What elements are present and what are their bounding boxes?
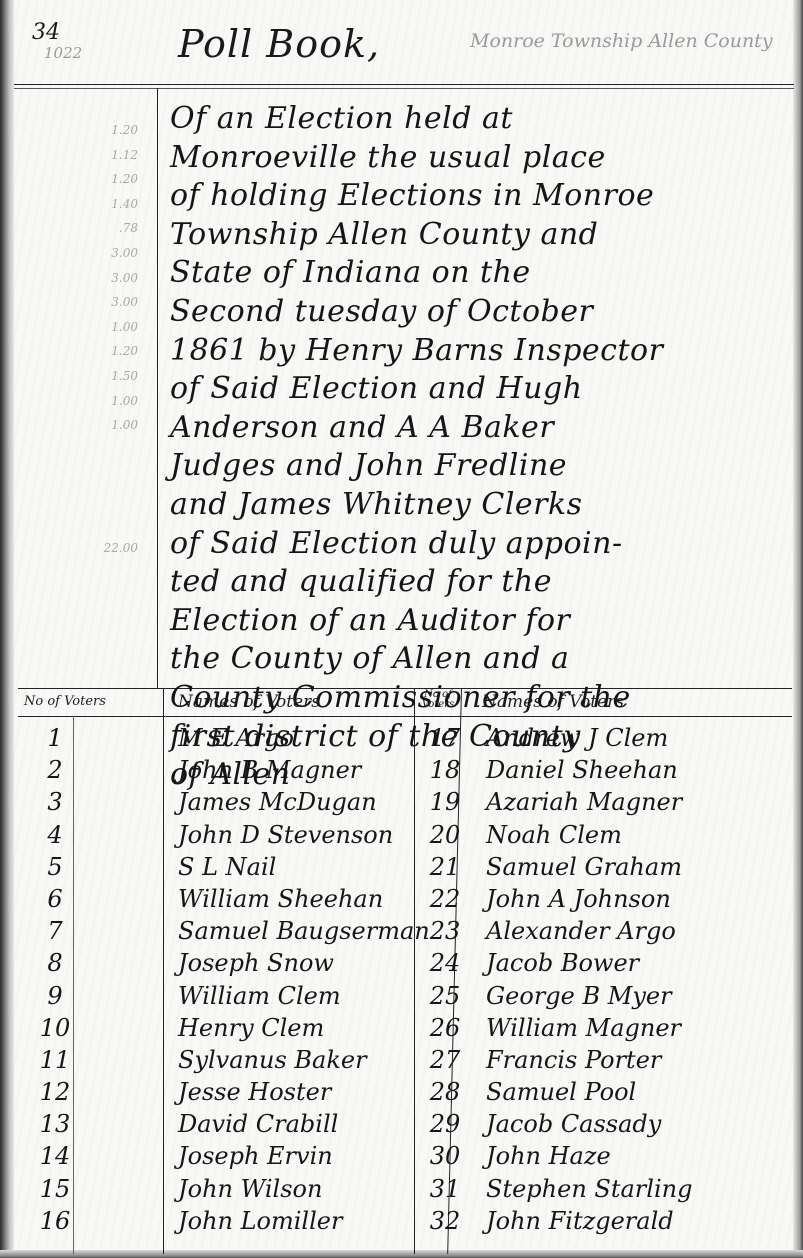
voter-name-right: Samuel Pool <box>486 1076 636 1108</box>
margin-figure: 1.00 <box>28 315 138 340</box>
header-rule-top <box>14 84 794 85</box>
voter-name-right: Noah Clem <box>486 819 622 851</box>
voter-name-right: William Magner <box>486 1012 681 1044</box>
voter-number-left: 11 <box>30 1044 80 1076</box>
margin-figure: 3.00 <box>28 241 138 266</box>
voter-name-left: S L Nail <box>178 851 276 883</box>
preamble-line: Second tuesday of October <box>170 293 790 332</box>
voter-number-left: 7 <box>30 915 80 947</box>
voter-name-right: John Haze <box>486 1140 611 1172</box>
margin-figure: 1.50 <box>28 364 138 389</box>
voter-number-right: 28 <box>425 1076 465 1108</box>
voter-number-left: 10 <box>30 1012 80 1044</box>
margin-figure: 1.00 <box>28 413 138 438</box>
margin-figure: 1.40 <box>28 192 138 217</box>
margin-figure <box>28 512 138 537</box>
voter-name-right: Jacob Cassady <box>486 1108 661 1140</box>
voter-table: 1M E Argo17Andrew J Clem2John B Magner18… <box>0 722 803 1237</box>
voter-number-left: 8 <box>30 947 80 979</box>
voter-number-right: 18 <box>425 754 465 786</box>
table-row: 13David Crabill29Jacob Cassady <box>0 1108 803 1140</box>
preamble-line: the County of Allen and a <box>170 640 790 679</box>
margin-figure: 1.20 <box>28 339 138 364</box>
voter-name-right: Francis Porter <box>486 1044 661 1076</box>
voter-number-left: 3 <box>30 786 80 818</box>
preamble-line: Of an Election held at <box>170 100 790 139</box>
voter-number-right: 23 <box>425 915 465 947</box>
voter-name-left: David Crabill <box>178 1108 338 1140</box>
header-rule-bottom <box>14 88 794 89</box>
voter-name-left: John B Magner <box>178 754 361 786</box>
ledger-page: 34 1022 Monroe Township Allen County Pol… <box>0 0 803 1258</box>
header-no-voters-left: No of Voters <box>24 694 106 709</box>
table-row: 11Sylvanus Baker27Francis Porter <box>0 1044 803 1076</box>
preamble-line: and James Whitney Clerks <box>170 486 790 525</box>
margin-figure: 1.20 <box>28 118 138 143</box>
preamble-line: of Said Election duly appoin- <box>170 525 790 564</box>
voter-name-right: Jacob Bower <box>486 947 639 979</box>
table-row: 8Joseph Snow24Jacob Bower <box>0 947 803 979</box>
header-names-voters-left: Names of Voters <box>178 692 320 712</box>
preamble-line: State of Indiana on the <box>170 254 790 293</box>
voter-number-right: 24 <box>425 947 465 979</box>
voter-name-left: Sylvanus Baker <box>178 1044 367 1076</box>
preamble-line: ted and qualified for the <box>170 563 790 602</box>
table-row: 2John B Magner18Daniel Sheehan <box>0 754 803 786</box>
preamble-line: Monroeville the usual place <box>170 139 790 178</box>
page-title: Poll Book, <box>178 22 380 66</box>
voter-number-left: 9 <box>30 980 80 1012</box>
table-row: 1M E Argo17Andrew J Clem <box>0 722 803 754</box>
margin-figure: 1.00 <box>28 389 138 414</box>
margin-figure: 1.12 <box>28 143 138 168</box>
voter-number-left: 6 <box>30 883 80 915</box>
preamble-line: of Said Election and Hugh <box>170 370 790 409</box>
voter-name-right: Azariah Magner <box>486 786 682 818</box>
voter-number-left: 2 <box>30 754 80 786</box>
voter-name-left: James McDugan <box>178 786 377 818</box>
voter-number-right: 31 <box>425 1173 465 1205</box>
voter-number-right: 27 <box>425 1044 465 1076</box>
table-row: 9William Clem25George B Myer <box>0 980 803 1012</box>
table-row: 7Samuel Baugserman23Alexander Argo <box>0 915 803 947</box>
voter-name-right: Samuel Graham <box>486 851 682 883</box>
voter-name-left: Jesse Hoster <box>178 1076 331 1108</box>
preamble-line: Township Allen County and <box>170 216 790 255</box>
voter-name-left: John D Stevenson <box>178 819 393 851</box>
voter-name-right: Stephen Starling <box>486 1173 692 1205</box>
voter-name-right: John Fitzgerald <box>486 1205 674 1237</box>
voter-number-right: 21 <box>425 851 465 883</box>
voter-name-left: John Wilson <box>178 1173 322 1205</box>
margin-figure: 3.00 <box>28 266 138 291</box>
margin-figures: 1.201.121.201.40.783.003.003.001.001.201… <box>28 118 138 561</box>
margin-figure <box>28 438 138 463</box>
margin-figure: 22.00 <box>28 536 138 561</box>
voter-number-right: 20 <box>425 819 465 851</box>
voter-name-left: Joseph Snow <box>178 947 334 979</box>
voter-name-right: Daniel Sheehan <box>486 754 678 786</box>
table-row: 3James McDugan19Azariah Magner <box>0 786 803 818</box>
voter-number-right: 29 <box>425 1108 465 1140</box>
header-names-voters-right: Names of Voters <box>482 692 624 712</box>
page-number: 34 <box>32 20 60 45</box>
preamble-line: Election of an Auditor for <box>170 602 790 641</box>
margin-figure: 3.00 <box>28 290 138 315</box>
margin-figure <box>28 462 138 487</box>
table-row: 14Joseph Ervin30John Haze <box>0 1140 803 1172</box>
margin-figure <box>28 487 138 512</box>
voter-name-right: Andrew J Clem <box>486 722 668 754</box>
preamble-line: 1861 by Henry Barns Inspector <box>170 332 790 371</box>
margin-figure: .78 <box>28 216 138 241</box>
preamble-line: Judges and John Fredline <box>170 447 790 486</box>
voter-name-left: Henry Clem <box>178 1012 324 1044</box>
table-row: 4John D Stevenson20Noah Clem <box>0 819 803 851</box>
voter-number-left: 13 <box>30 1108 80 1140</box>
table-row: 10Henry Clem26William Magner <box>0 1012 803 1044</box>
voter-number-left: 16 <box>30 1205 80 1237</box>
voter-number-left: 12 <box>30 1076 80 1108</box>
voter-name-left: Joseph Ervin <box>178 1140 333 1172</box>
voter-name-right: George B Myer <box>486 980 672 1012</box>
voter-number-right: 30 <box>425 1140 465 1172</box>
voter-number-left: 4 <box>30 819 80 851</box>
election-preamble: Of an Election held atMonroeville the us… <box>170 100 790 795</box>
table-row: 12Jesse Hoster28Samuel Pool <box>0 1076 803 1108</box>
voter-name-left: William Clem <box>178 980 341 1012</box>
margin-figure: 1.20 <box>28 167 138 192</box>
voter-name-left: Samuel Baugserman <box>178 915 430 947</box>
voter-number-right: 17 <box>425 722 465 754</box>
table-row: 6William Sheehan22John A Johnson <box>0 883 803 915</box>
voter-number-right: 32 <box>425 1205 465 1237</box>
voter-number-left: 14 <box>30 1140 80 1172</box>
table-row: 16John Lomiller32John Fitzgerald <box>0 1205 803 1237</box>
preamble-line: Anderson and A A Baker <box>170 409 790 448</box>
voter-name-left: John Lomiller <box>178 1205 342 1237</box>
voter-name-left: M E Argo <box>178 722 294 754</box>
bleed-through-text-left: 1022 <box>44 44 82 62</box>
voter-name-left: William Sheehan <box>178 883 383 915</box>
voter-number-right: 25 <box>425 980 465 1012</box>
voter-number-right: 26 <box>425 1012 465 1044</box>
table-row: 5S L Nail21Samuel Graham <box>0 851 803 883</box>
voter-number-left: 1 <box>30 722 80 754</box>
voter-number-left: 15 <box>30 1173 80 1205</box>
voter-number-left: 5 <box>30 851 80 883</box>
voter-name-right: John A Johnson <box>486 883 671 915</box>
header-no-voters-right: No of Voters <box>416 690 460 710</box>
voter-number-right: 22 <box>425 883 465 915</box>
voter-name-right: Alexander Argo <box>486 915 676 947</box>
preamble-line: of holding Elections in Monroe <box>170 177 790 216</box>
bleed-through-text-right: Monroe Township Allen County <box>470 30 773 52</box>
voter-number-right: 19 <box>425 786 465 818</box>
table-row: 15John Wilson31Stephen Starling <box>0 1173 803 1205</box>
preamble-column-divider <box>157 88 158 688</box>
page-bottom-edge <box>0 1250 803 1258</box>
